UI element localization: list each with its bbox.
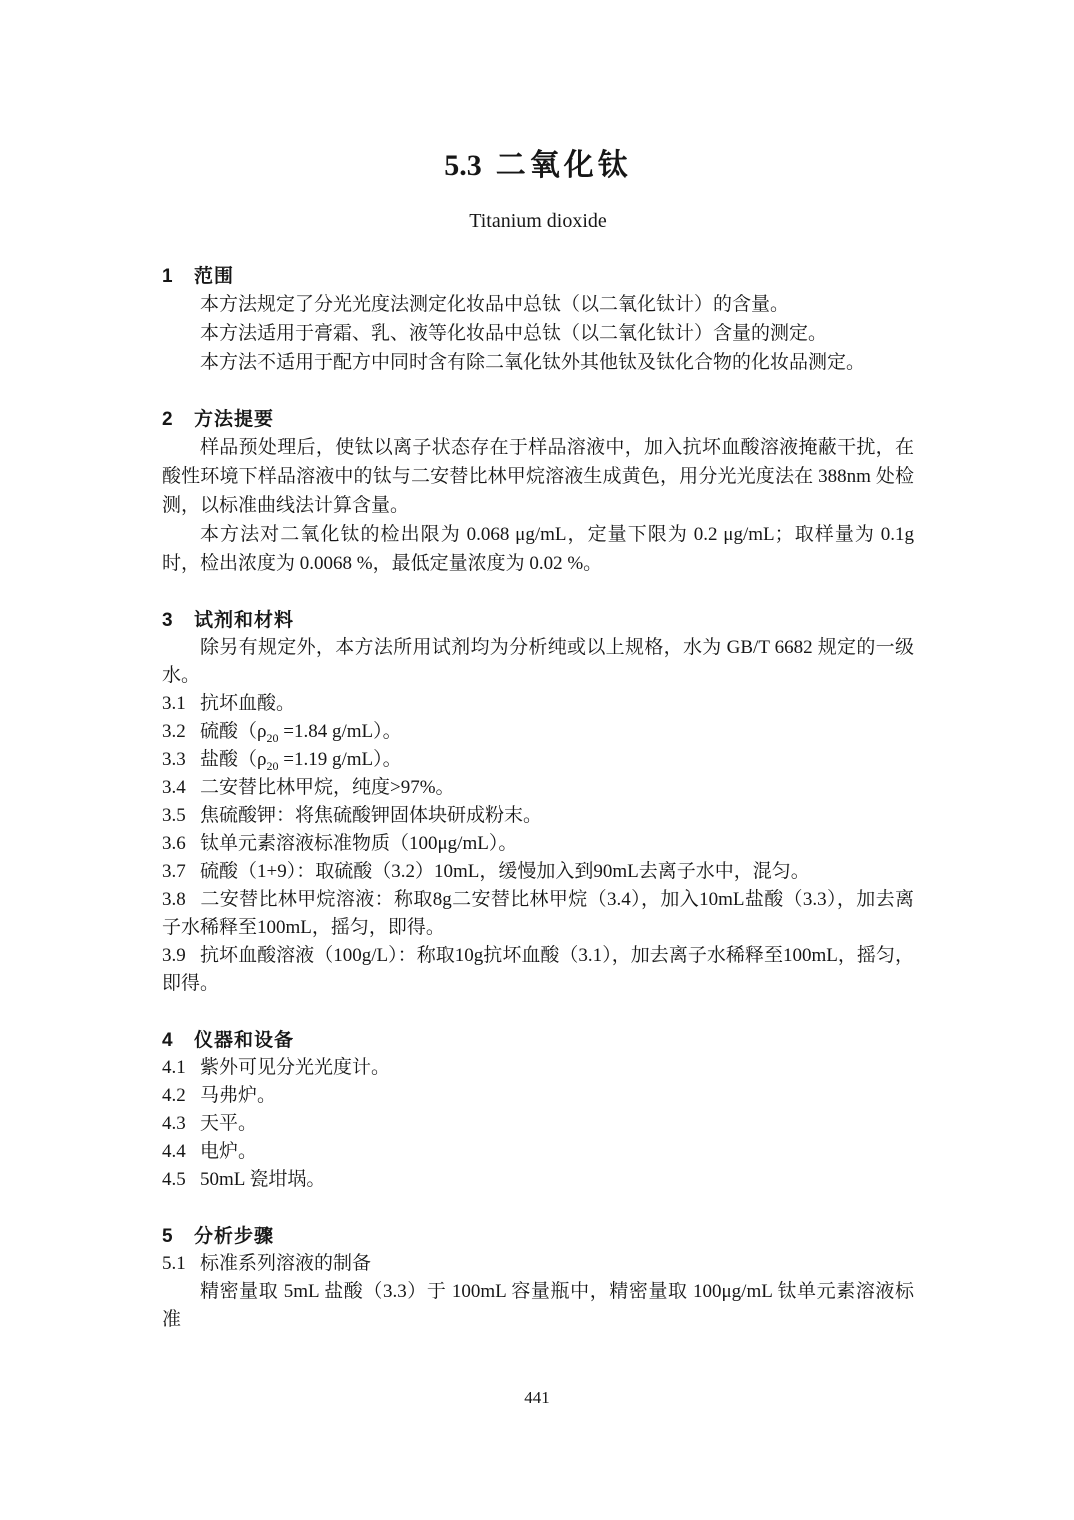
section-4-heading: 4仪器和设备	[162, 1028, 914, 1054]
subsection-number: 5.1	[162, 1250, 200, 1278]
equipment-item-text: 电炉。	[200, 1141, 257, 1162]
reagent-item-3-3: 3.3盐酸（ρ20 =1.19 g/mL）。	[162, 746, 914, 774]
section-2-heading: 2方法提要	[162, 407, 914, 433]
reagent-item-3-9: 3.9抗坏血酸溶液（100g/L）：称取10g抗坏血酸（3.1），加去离子水稀释…	[162, 942, 914, 998]
equipment-item-text: 紫外可见分光光度计。	[200, 1057, 390, 1078]
equipment-item-number: 4.3	[162, 1110, 200, 1138]
reagent-item-text: 二安替比林甲烷溶液：称取8g二安替比林甲烷（3.4），加入10mL盐酸（3.3）…	[162, 889, 914, 938]
scope-paragraph-2: 本方法适用于膏霜、乳、液等化妆品中总钛（以二氧化钛计）含量的测定。	[162, 319, 914, 348]
reagent-item-number: 3.7	[162, 858, 200, 886]
scope-paragraph-3: 本方法不适用于配方中同时含有除二氧化钛外其他钛及钛化合物的化妆品测定。	[162, 348, 914, 377]
procedure-paragraph-1: 精密量取 5mL 盐酸（3.3）于 100mL 容量瓶中，精密量取 100μg/…	[162, 1278, 914, 1334]
section-5-number: 5	[162, 1224, 194, 1250]
section-5-heading: 5分析步骤	[162, 1224, 914, 1250]
reagent-item-3-1: 3.1抗坏血酸。	[162, 690, 914, 718]
doc-title-number: 5.3	[444, 149, 482, 182]
method-summary-paragraph-2: 本方法对二氧化钛的检出限为 0.068 μg/mL，定量下限为 0.2 μg/m…	[162, 520, 914, 578]
reagent-item-text: 盐酸（ρ	[200, 749, 266, 770]
subscript: 20	[266, 731, 278, 745]
reagent-item-3-4: 3.4二安替比林甲烷，纯度>97%。	[162, 774, 914, 802]
reagent-item-3-7: 3.7硫酸（1+9）：取硫酸（3.2）10mL，缓慢加入到90mL去离子水中，混…	[162, 858, 914, 886]
reagent-item-text: =1.84 g/mL）。	[278, 721, 401, 742]
reagent-item-3-5: 3.5焦硫酸钾：将焦硫酸钾固体块研成粉末。	[162, 802, 914, 830]
section-4-number: 4	[162, 1028, 194, 1054]
method-summary-paragraph-1: 样品预处理后，使钛以离子状态存在于样品溶液中，加入抗坏血酸溶液掩蔽干扰，在酸性环…	[162, 433, 914, 520]
reagent-item-number: 3.5	[162, 802, 200, 830]
doc-subtitle: Titanium dioxide	[162, 208, 914, 234]
reagent-item-text: 抗坏血酸溶液（100g/L）：称取10g抗坏血酸（3.1），加去离子水稀释至10…	[162, 945, 914, 994]
section-5-title: 分析步骤	[194, 1226, 274, 1247]
reagent-item-text: 钛单元素溶液标准物质（100μg/mL）。	[200, 833, 517, 854]
equipment-item-number: 4.5	[162, 1166, 200, 1194]
reagent-item-3-2: 3.2硫酸（ρ20 =1.84 g/mL）。	[162, 718, 914, 746]
subscript: 20	[266, 759, 278, 773]
section-2-number: 2	[162, 407, 194, 433]
document-page: 5.3二氧化钛 Titanium dioxide 1范围 本方法规定了分光光度法…	[0, 0, 1074, 1520]
reagent-item-text: =1.19 g/mL）。	[278, 749, 401, 770]
reagents-intro: 除另有规定外，本方法所用试剂均为分析纯或以上规格，水为 GB/T 6682 规定…	[162, 634, 914, 690]
section-1-title: 范围	[194, 266, 234, 287]
reagent-item-text: 硫酸（ρ	[200, 721, 266, 742]
equipment-item-number: 4.4	[162, 1138, 200, 1166]
section-3-number: 3	[162, 608, 194, 634]
equipment-item-4-3: 4.3天平。	[162, 1110, 914, 1138]
section-2-title: 方法提要	[194, 409, 274, 430]
equipment-item-number: 4.1	[162, 1054, 200, 1082]
section-3-title: 试剂和材料	[194, 610, 294, 631]
subsection-title: 标准系列溶液的制备	[200, 1253, 371, 1274]
page-number: 441	[0, 1388, 1074, 1408]
document-content: 5.3二氧化钛 Titanium dioxide 1范围 本方法规定了分光光度法…	[162, 146, 914, 1334]
equipment-item-text: 马弗炉。	[200, 1085, 276, 1106]
reagent-item-3-6: 3.6钛单元素溶液标准物质（100μg/mL）。	[162, 830, 914, 858]
reagent-item-text: 二安替比林甲烷，纯度>97%。	[200, 777, 455, 798]
equipment-item-text: 天平。	[200, 1113, 257, 1134]
reagent-item-number: 3.6	[162, 830, 200, 858]
reagent-item-text: 硫酸（1+9）：取硫酸（3.2）10mL，缓慢加入到90mL去离子水中，混匀。	[200, 861, 810, 882]
reagent-item-number: 3.2	[162, 718, 200, 746]
doc-title: 5.3二氧化钛	[162, 146, 914, 186]
equipment-item-4-1: 4.1紫外可见分光光度计。	[162, 1054, 914, 1082]
equipment-item-4-2: 4.2马弗炉。	[162, 1082, 914, 1110]
reagent-item-number: 3.3	[162, 746, 200, 774]
scope-paragraph-1: 本方法规定了分光光度法测定化妆品中总钛（以二氧化钛计）的含量。	[162, 290, 914, 319]
reagent-item-3-8: 3.8二安替比林甲烷溶液：称取8g二安替比林甲烷（3.4），加入10mL盐酸（3…	[162, 886, 914, 942]
subsection-5-1-heading: 5.1标准系列溶液的制备	[162, 1250, 914, 1278]
reagent-item-number: 3.1	[162, 690, 200, 718]
reagent-item-number: 3.9	[162, 942, 200, 970]
reagent-item-number: 3.8	[162, 886, 200, 914]
equipment-item-4-5: 4.550mL 瓷坩埚。	[162, 1166, 914, 1194]
equipment-item-number: 4.2	[162, 1082, 200, 1110]
section-1-number: 1	[162, 264, 194, 290]
reagent-item-text: 焦硫酸钾：将焦硫酸钾固体块研成粉末。	[200, 805, 542, 826]
reagent-item-text: 抗坏血酸。	[200, 693, 295, 714]
equipment-item-text: 50mL 瓷坩埚。	[200, 1169, 325, 1190]
reagent-item-number: 3.4	[162, 774, 200, 802]
equipment-item-4-4: 4.4电炉。	[162, 1138, 914, 1166]
section-1-heading: 1范围	[162, 264, 914, 290]
doc-title-text: 二氧化钛	[496, 149, 632, 182]
section-4-title: 仪器和设备	[194, 1030, 294, 1051]
section-3-heading: 3试剂和材料	[162, 608, 914, 634]
